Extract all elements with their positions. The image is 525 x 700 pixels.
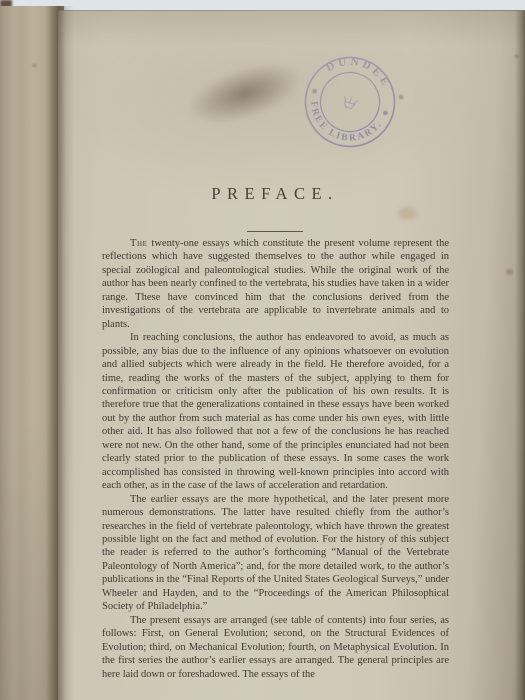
preface-paragraph-4: The present essays are arranged (see tab…	[102, 614, 449, 681]
paragraph-text: twenty-one essays which constitute the p…	[102, 238, 449, 330]
preface-paragraph-3: The earlier essays are the more hypothet…	[102, 493, 449, 614]
preface-paragraph-2: In reaching conclusions, the author has …	[102, 331, 449, 492]
stamp-city-text: DUNDEE	[322, 47, 398, 92]
page-title: PREFACE.	[102, 184, 448, 204]
preface-text: The twenty-one essays which constitute t…	[102, 237, 449, 681]
stamp-pot-of-lilies-icon	[342, 95, 359, 110]
stamp-left-star-icon	[311, 88, 317, 94]
stamp-right-star-icon	[382, 110, 388, 116]
paragraph-text: In reaching conclusions, the author has …	[102, 332, 449, 491]
svg-text:DUNDEE: DUNDEE	[322, 47, 398, 92]
foxing-spot	[506, 269, 513, 275]
preface-paragraph-1: The twenty-one essays which constitute t…	[102, 237, 449, 331]
book-page-photo: DUNDEE FREE LIBRARY.	[0, 0, 525, 700]
foxing-spot	[33, 64, 36, 67]
paragraph-text: The earlier essays are the more hypothet…	[102, 494, 449, 613]
paragraph-text: The present essays are arranged (see tab…	[102, 615, 449, 680]
foxing-spot	[399, 95, 403, 99]
lead-word: The	[130, 238, 148, 249]
paper-stain	[398, 207, 416, 220]
page-right-edge-shadow	[515, 11, 525, 700]
book-gutter-shadow	[46, 6, 74, 700]
